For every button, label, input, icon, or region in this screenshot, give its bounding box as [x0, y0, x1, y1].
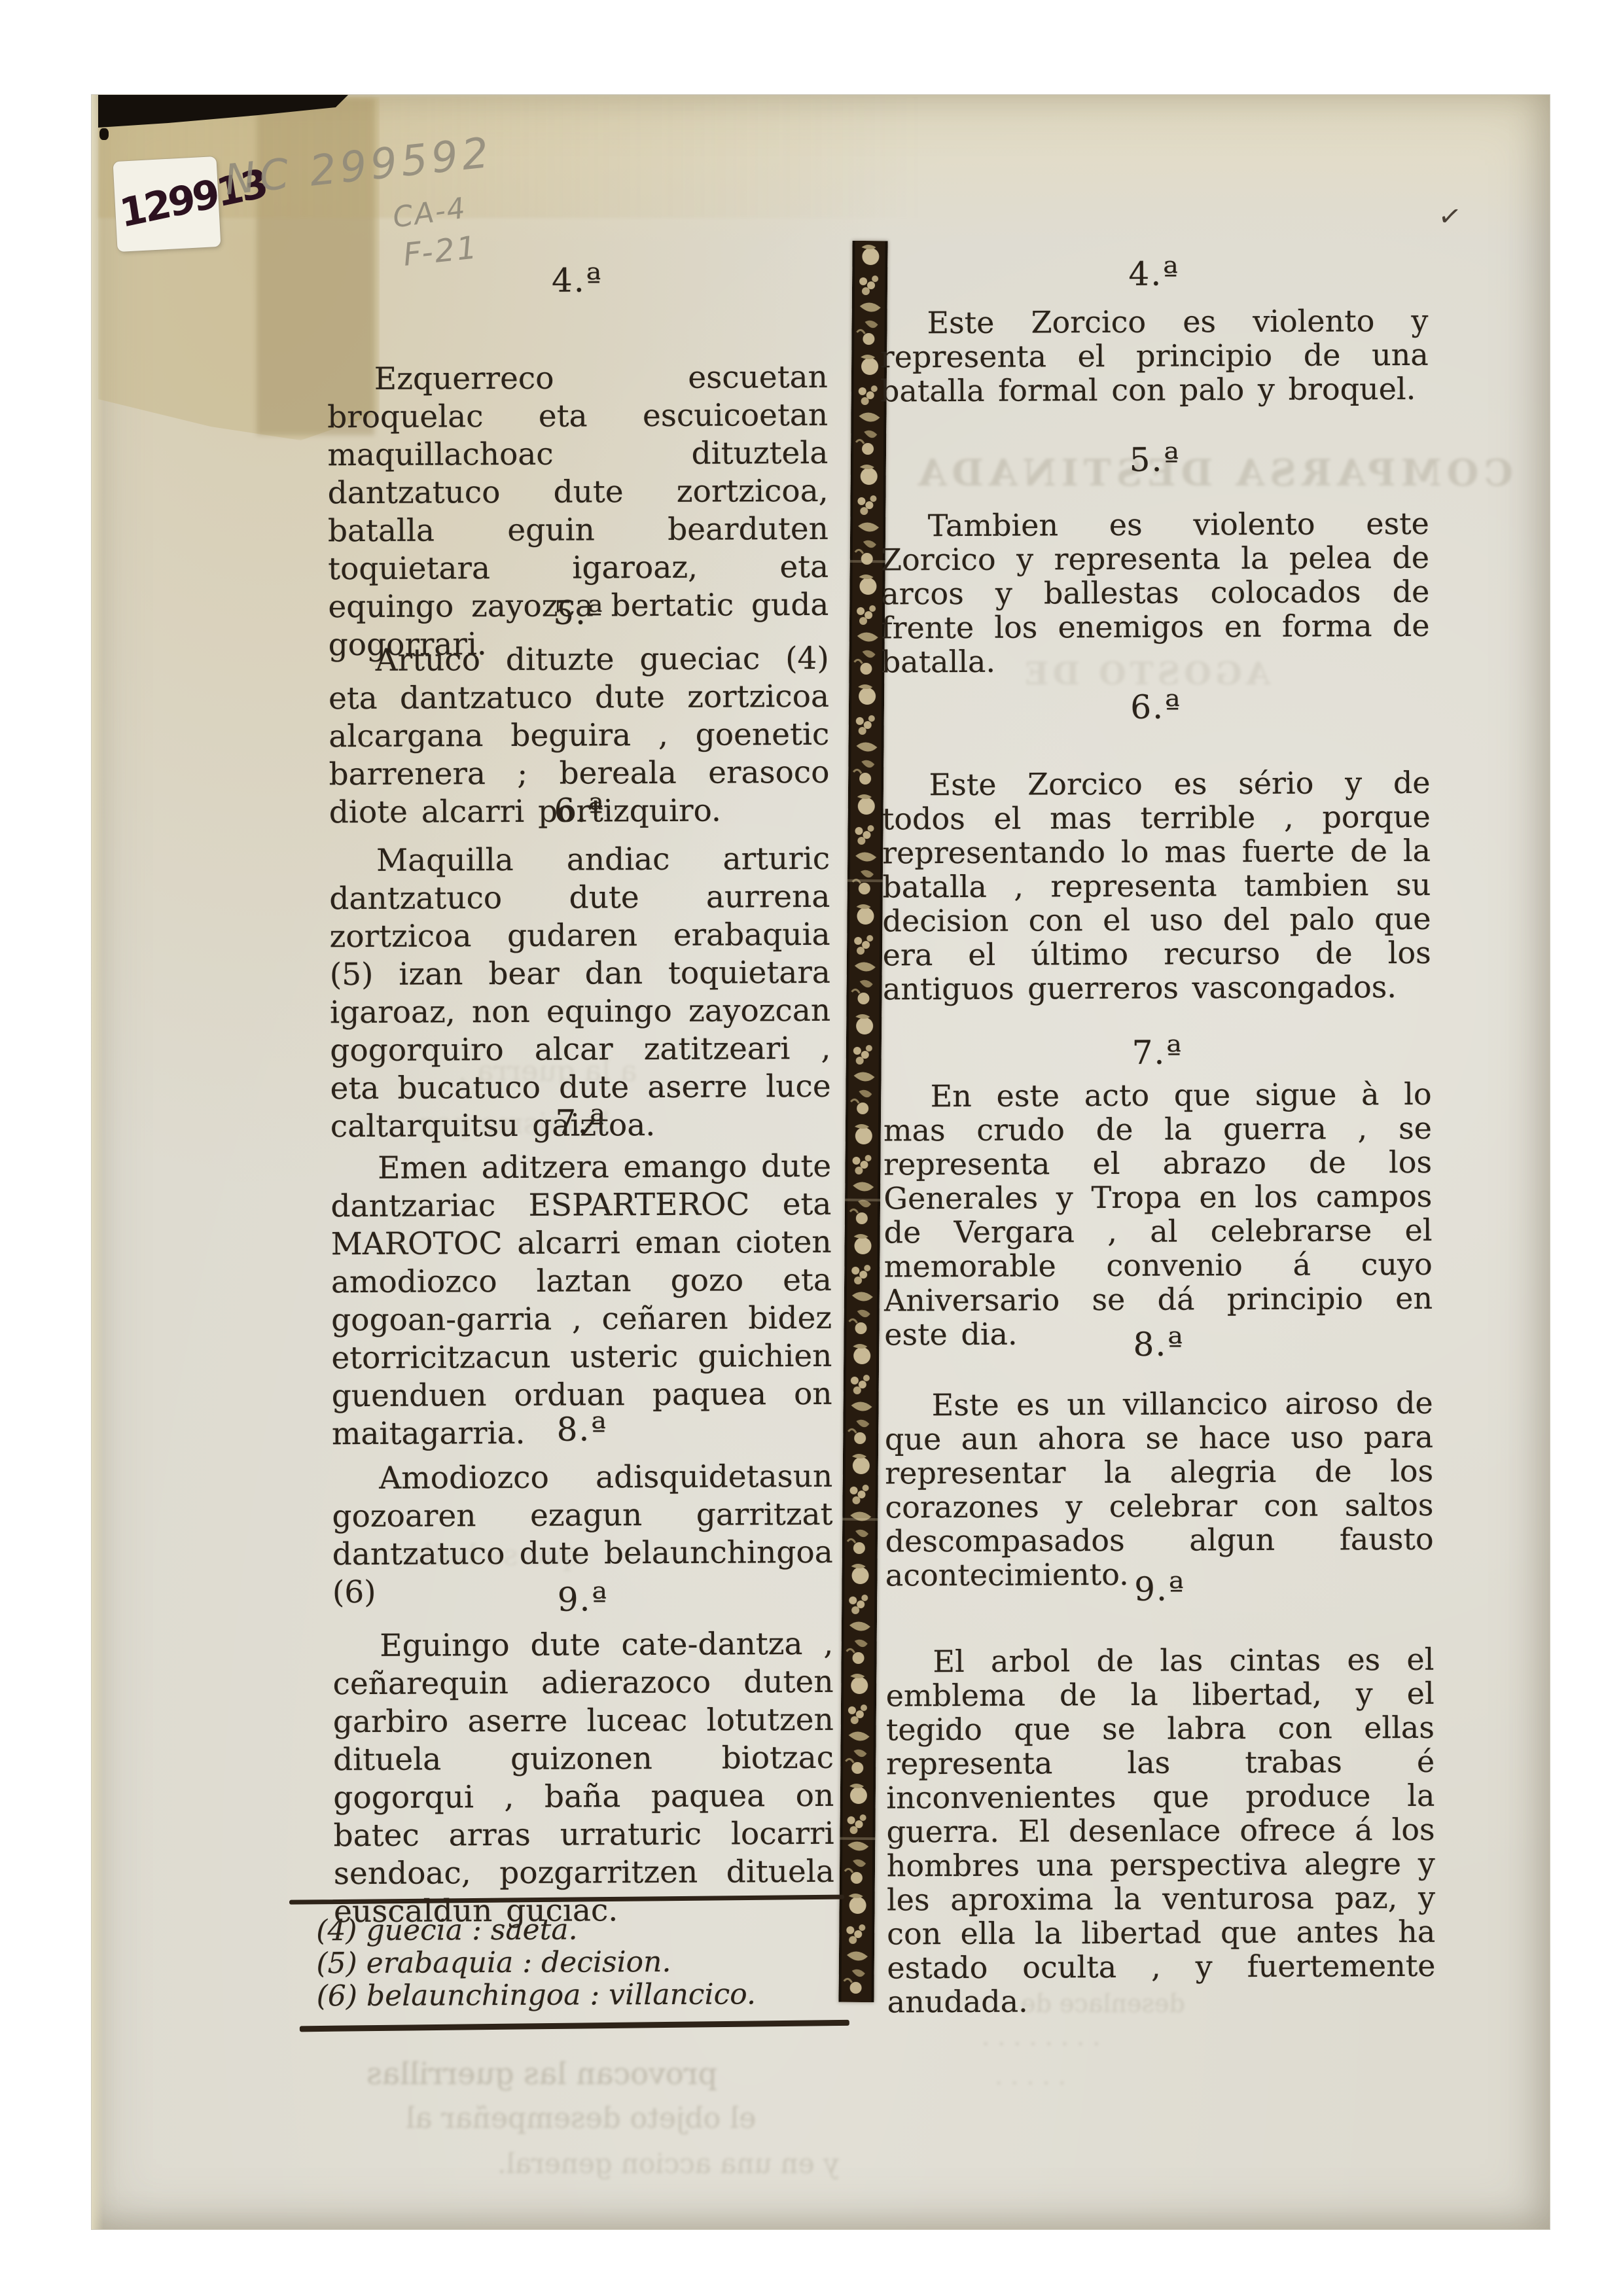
right-section-paragraph-7: En este acto que sigue à lo mas crudo de… [883, 1077, 1433, 1352]
left-section-paragraph-7: Emen aditzera emango dute dantzariac ESP… [330, 1148, 832, 1453]
footnote-item: (5) erabaquia : decision. [316, 1945, 840, 1980]
scanned-document-page: COMPARSA DESTINADA AGOSTO DE a la guerra… [0, 0, 1623, 2296]
left-section-paragraph-9: Eguingo dute cate-dantza , ceñarequin ad… [332, 1625, 834, 1931]
right-section-heading-9: 9.ª [885, 1569, 1434, 1610]
right-section-heading-8: 8.ª [884, 1324, 1433, 1365]
right-section-paragraph-8: Este es un villancico airoso de que aun … [885, 1386, 1434, 1593]
left-section-heading-8: 8.ª [332, 1409, 832, 1449]
left-section-heading-7: 7.ª [330, 1102, 831, 1142]
footnote-rule-bottom [300, 2020, 849, 2032]
footnote-item: (6) belaunchingoa : villancico. [317, 1977, 840, 2013]
right-section-paragraph-9: El arbol de las cintas es el emblema de … [885, 1642, 1435, 2019]
left-section-heading-4: 4.ª [327, 260, 827, 300]
left-section-heading-5: 5.ª [328, 593, 829, 633]
right-section-heading-6: 6.ª [882, 687, 1430, 728]
footnote-item: (4) guecia : saeta. [316, 1912, 840, 1947]
left-section-heading-6: 6.ª [329, 790, 830, 830]
right-section-paragraph-4: Este Zorcico es violento y representa el… [880, 304, 1429, 408]
right-section-paragraph-6: Este Zorcico es sério y de todos el mas … [882, 766, 1431, 1006]
right-section-paragraph-5: Tambien es violento este Zorcico y repre… [881, 506, 1430, 679]
right-section-heading-4: 4.ª [880, 254, 1428, 294]
right-section-heading-5: 5.ª [880, 440, 1429, 480]
left-section-heading-9: 9.ª [332, 1580, 833, 1619]
printed-text-area: 4.ª Ezquerreco escuetan broquelac eta es… [0, 0, 1623, 2296]
left-section-paragraph-6: Maquilla andiac arturic dantzatuco dute … [329, 840, 831, 1146]
right-section-heading-7: 7.ª [883, 1033, 1431, 1073]
